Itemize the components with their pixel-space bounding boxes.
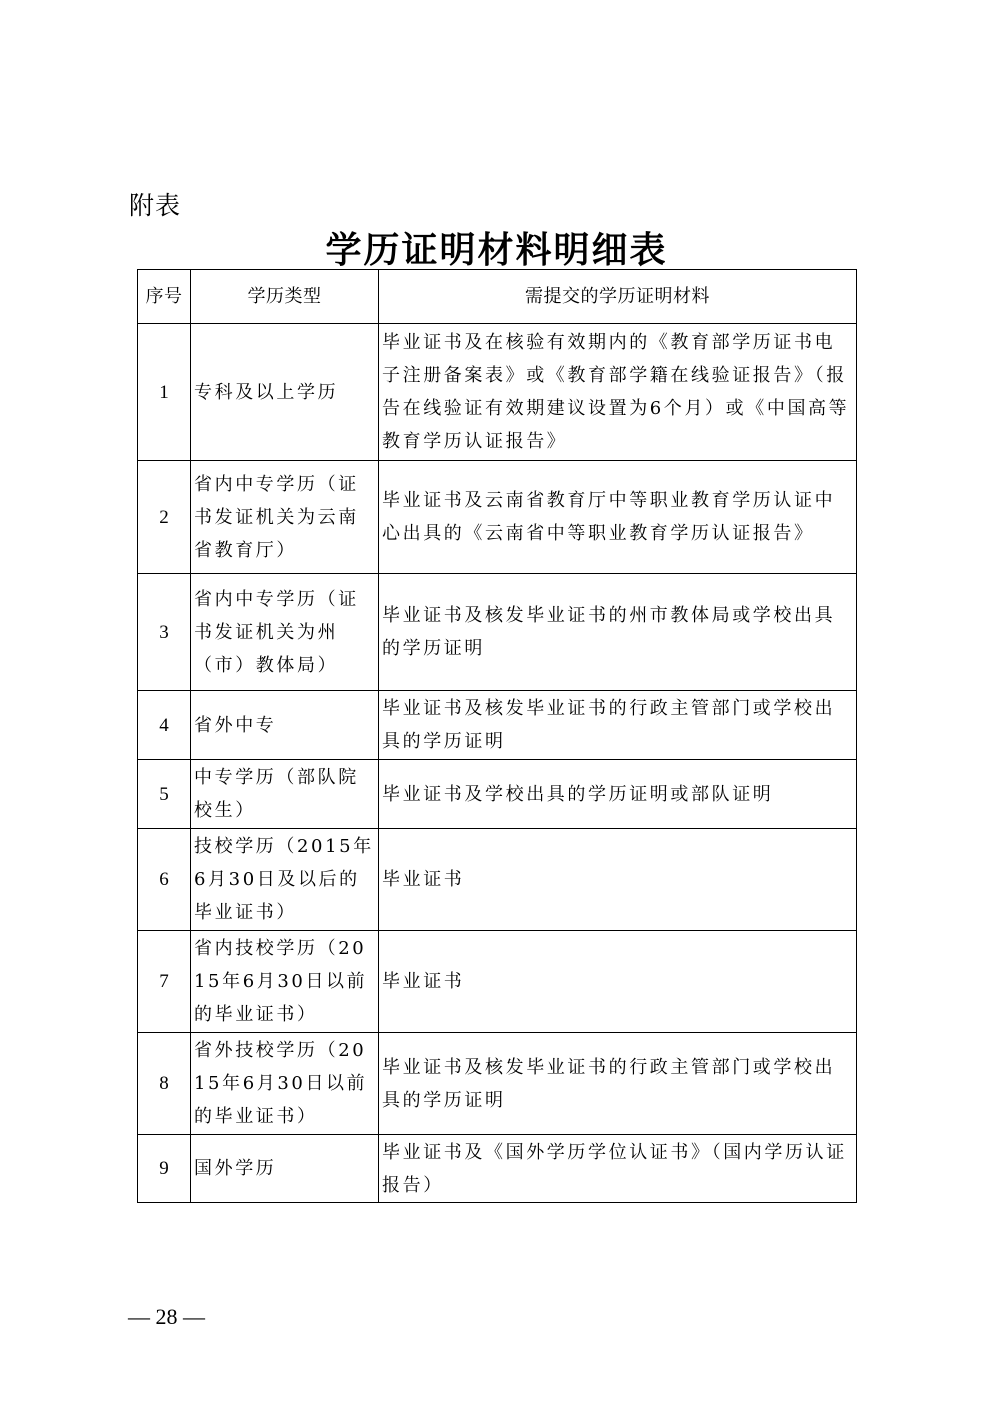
row-number: 4 bbox=[138, 691, 191, 760]
required-materials: 毕业证书及核发毕业证书的行政主管部门或学校出具的学历证明 bbox=[379, 1033, 857, 1135]
table-row: 9国外学历毕业证书及《国外学历学位认证书》（国内学历认证报告） bbox=[138, 1135, 857, 1203]
page-number: — 28 — bbox=[128, 1304, 205, 1330]
table-row: 4省外中专毕业证书及核发毕业证书的行政主管部门或学校出具的学历证明 bbox=[138, 691, 857, 760]
table-row: 2省内中专学历（证书发证机关为云南省教育厅）毕业证书及云南省教育厅中等职业教育学… bbox=[138, 461, 857, 574]
education-type: 省外中专 bbox=[191, 691, 379, 760]
education-type: 中专学历（部队院校生） bbox=[191, 760, 379, 829]
table-header-row: 序号 学历类型 需提交的学历证明材料 bbox=[138, 270, 857, 324]
required-materials: 毕业证书 bbox=[379, 931, 857, 1033]
annex-label: 附表 bbox=[129, 186, 181, 222]
education-materials-table: 序号 学历类型 需提交的学历证明材料 1专科及以上学历毕业证书及在核验有效期内的… bbox=[137, 269, 857, 1203]
row-number: 6 bbox=[138, 829, 191, 931]
row-number: 7 bbox=[138, 931, 191, 1033]
education-type: 省内中专学历（证书发证机关为州（市）教体局） bbox=[191, 574, 379, 691]
page-title: 学历证明材料明细表 bbox=[0, 222, 993, 273]
header-no: 序号 bbox=[138, 270, 191, 324]
row-number: 1 bbox=[138, 324, 191, 461]
education-type: 省内技校学历（2015年6月30日以前的毕业证书） bbox=[191, 931, 379, 1033]
education-type: 省外技校学历（2015年6月30日以前的毕业证书） bbox=[191, 1033, 379, 1135]
required-materials: 毕业证书及云南省教育厅中等职业教育学历认证中心出具的《云南省中等职业教育学历认证… bbox=[379, 461, 857, 574]
table-row: 7省内技校学历（2015年6月30日以前的毕业证书）毕业证书 bbox=[138, 931, 857, 1033]
required-materials: 毕业证书及《国外学历学位认证书》（国内学历认证报告） bbox=[379, 1135, 857, 1203]
required-materials: 毕业证书及核发毕业证书的州市教体局或学校出具的学历证明 bbox=[379, 574, 857, 691]
education-type: 技校学历（2015年6月30日及以后的毕业证书） bbox=[191, 829, 379, 931]
education-type: 专科及以上学历 bbox=[191, 324, 379, 461]
row-number: 9 bbox=[138, 1135, 191, 1203]
required-materials: 毕业证书及学校出具的学历证明或部队证明 bbox=[379, 760, 857, 829]
header-type: 学历类型 bbox=[191, 270, 379, 324]
education-type: 国外学历 bbox=[191, 1135, 379, 1203]
row-number: 5 bbox=[138, 760, 191, 829]
education-type: 省内中专学历（证书发证机关为云南省教育厅） bbox=[191, 461, 379, 574]
table-row: 5中专学历（部队院校生）毕业证书及学校出具的学历证明或部队证明 bbox=[138, 760, 857, 829]
required-materials: 毕业证书及在核验有效期内的《教育部学历证书电子注册备案表》或《教育部学籍在线验证… bbox=[379, 324, 857, 461]
table-row: 3省内中专学历（证书发证机关为州（市）教体局）毕业证书及核发毕业证书的州市教体局… bbox=[138, 574, 857, 691]
row-number: 3 bbox=[138, 574, 191, 691]
header-materials: 需提交的学历证明材料 bbox=[379, 270, 857, 324]
required-materials: 毕业证书及核发毕业证书的行政主管部门或学校出具的学历证明 bbox=[379, 691, 857, 760]
table-row: 8省外技校学历（2015年6月30日以前的毕业证书）毕业证书及核发毕业证书的行政… bbox=[138, 1033, 857, 1135]
table-row: 1专科及以上学历毕业证书及在核验有效期内的《教育部学历证书电子注册备案表》或《教… bbox=[138, 324, 857, 461]
table-row: 6技校学历（2015年6月30日及以后的毕业证书）毕业证书 bbox=[138, 829, 857, 931]
required-materials: 毕业证书 bbox=[379, 829, 857, 931]
row-number: 8 bbox=[138, 1033, 191, 1135]
row-number: 2 bbox=[138, 461, 191, 574]
